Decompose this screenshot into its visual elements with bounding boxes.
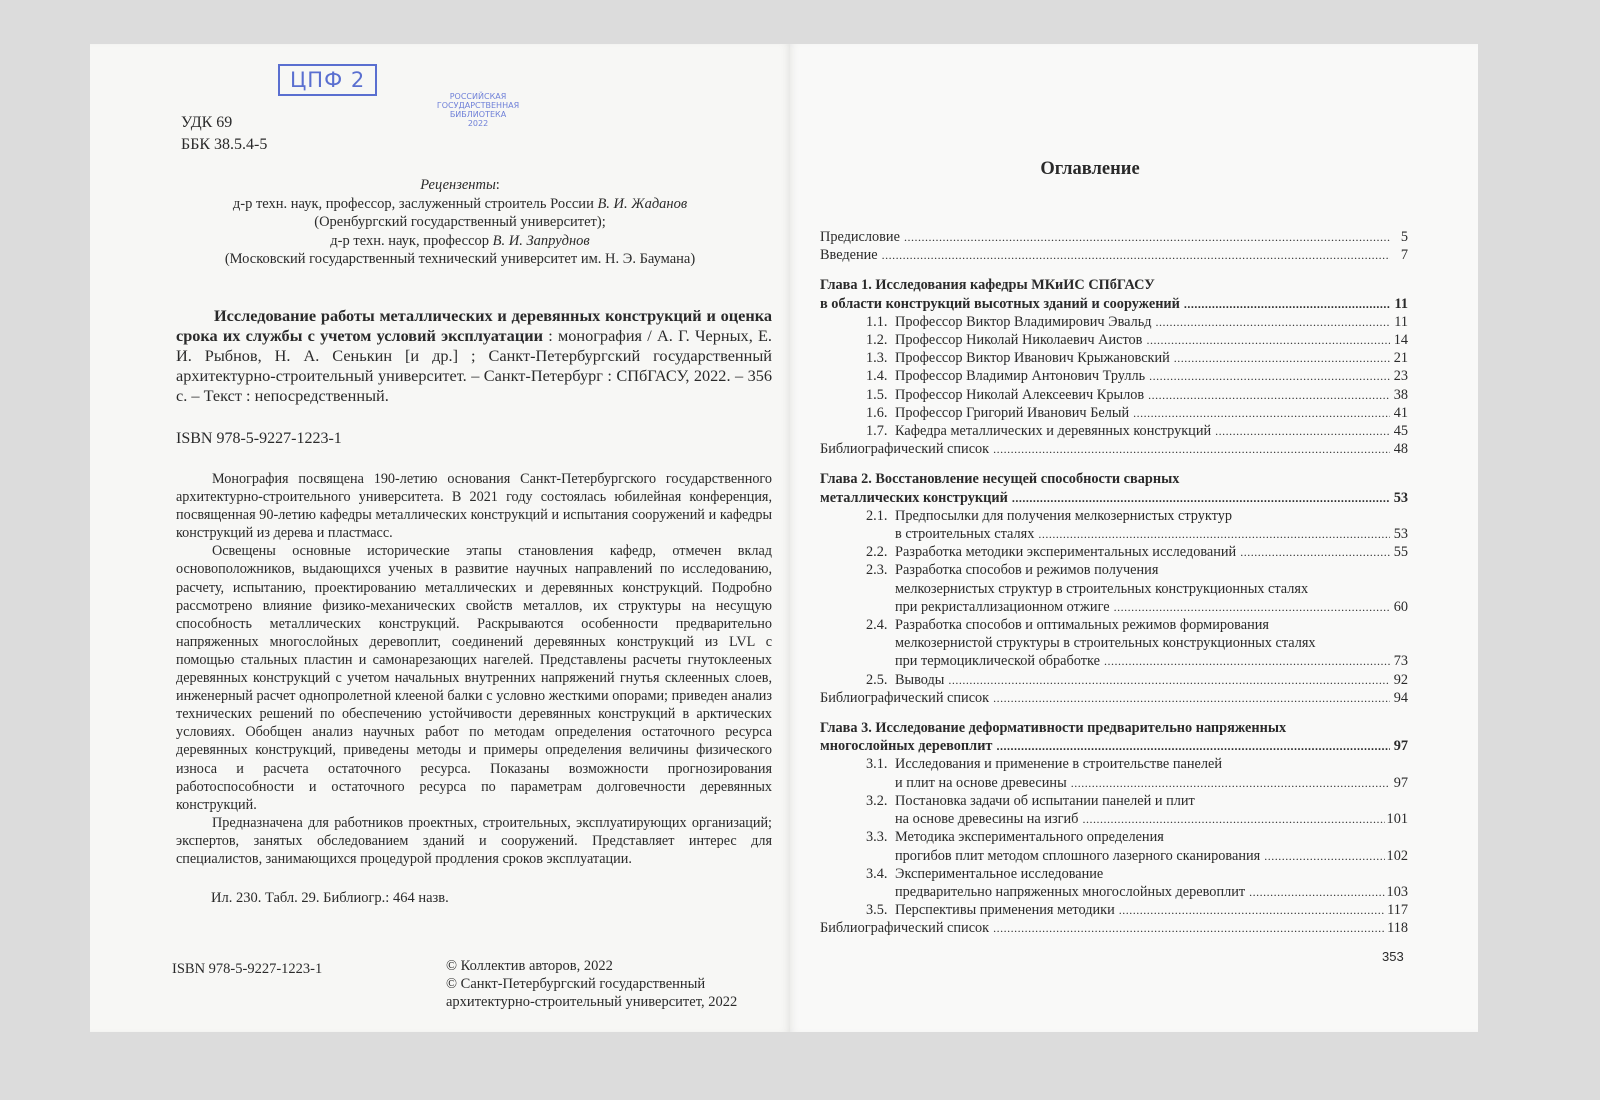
toc-page-number: 92 <box>1392 671 1408 689</box>
bibliographic-record: Исследование работы металлических и дере… <box>176 306 772 406</box>
toc-text: 2.2.Разработка методики экспериментальны… <box>866 543 1236 561</box>
toc-text: Библиографический список <box>820 689 989 707</box>
toc-section-number: 3.2. <box>866 792 895 810</box>
dot-leader <box>1071 774 1390 792</box>
toc-section-number: 3.5. <box>866 901 895 919</box>
page-number: 353 <box>1382 949 1404 964</box>
dot-leader <box>1184 295 1390 313</box>
toc-section-number: 3.1. <box>866 755 895 773</box>
toc-page-number: 103 <box>1387 883 1408 901</box>
dot-leader <box>904 228 1390 246</box>
toc-text: и плит на основе древесины <box>866 774 1067 792</box>
toc-label: при рекристаллизационном отжиге <box>895 599 1110 615</box>
toc-page-number: 11 <box>1392 313 1408 331</box>
dot-leader <box>1119 901 1385 919</box>
toc-text: Введение <box>820 246 878 264</box>
toc-subsection-entry[interactable]: 1.3.Профессор Виктор Иванович Крыжановск… <box>820 349 1408 367</box>
toc-text: 1.7.Кафедра металлических и деревянных к… <box>866 422 1211 440</box>
toc-subsection-entry[interactable]: 1.6.Профессор Григорий Иванович Белый41 <box>820 404 1408 422</box>
toc-section-number: 1.2. <box>866 331 895 349</box>
right-page: Оглавление Предисловие5Введение7Глава 1.… <box>790 44 1478 1032</box>
dot-leader <box>1264 847 1384 865</box>
toc-label: в строительных сталях <box>895 526 1034 542</box>
toc-text: Предпосылки для получения мелкозернистых… <box>895 507 1232 525</box>
toc-page-number: 41 <box>1392 404 1408 422</box>
toc-entry[interactable]: Библиографический список118 <box>820 919 1408 937</box>
toc-section-number: 3.4. <box>866 865 895 883</box>
toc-subsection-line: 3.4.Экспериментальное исследование <box>820 865 1408 883</box>
toc-label: Профессор Виктор Владимирович Эвальд <box>895 314 1152 330</box>
toc-subsection-entry[interactable]: предварительно напряженных многослойных … <box>820 883 1408 901</box>
reviewer-1-name: В. И. Жаданов <box>597 196 687 212</box>
toc-chapter-heading: Глава 2. Восстановление несущей способно… <box>820 470 1408 488</box>
toc-text: Постановка задачи об испытании панелей и… <box>895 792 1195 810</box>
toc-text: Разработка способов и оптимальных режимо… <box>895 616 1269 634</box>
toc-label: прогибов плит методом сплошного лазерног… <box>895 848 1260 864</box>
toc-subsection-entry[interactable]: 3.5.Перспективы применения методики117 <box>820 901 1408 919</box>
toc-page-number: 117 <box>1387 901 1408 919</box>
toc-entry[interactable]: Введение7 <box>820 246 1408 264</box>
toc-subsection-entry[interactable]: 2.5.Выводы92 <box>820 671 1408 689</box>
dot-leader <box>993 689 1390 707</box>
toc-label: на основе древесины на изгиб <box>895 811 1078 827</box>
table-of-contents: Предисловие5Введение7Глава 1. Исследован… <box>820 228 1408 938</box>
toc-text: Библиографический список <box>820 440 989 458</box>
toc-title: Оглавление <box>790 159 1390 180</box>
dot-leader <box>1149 367 1390 385</box>
toc-page-number: 7 <box>1392 246 1408 264</box>
dot-leader <box>1156 313 1390 331</box>
toc-text: в области конструкций высотных зданий и … <box>820 295 1180 313</box>
udk-code: УДК 69 <box>181 112 267 134</box>
toc-chapter-heading: Глава 1. Исследования кафедры МКиИС СПбГ… <box>820 276 1408 294</box>
toc-label: Профессор Николай Николаевич Аистов <box>895 332 1142 348</box>
toc-subsection-line: 2.4.Разработка способов и оптимальных ре… <box>820 616 1408 634</box>
toc-subsection-line: 3.1.Исследования и применение в строител… <box>820 755 1408 773</box>
toc-gap <box>820 707 1408 719</box>
toc-text: мелкозернистой структуры в строительных … <box>866 634 1316 652</box>
reviewer-2-name: В. И. Запруднов <box>493 233 590 249</box>
toc-section-number: 2.1. <box>866 507 895 525</box>
toc-page-number: 118 <box>1387 919 1408 937</box>
dot-leader <box>1249 883 1384 901</box>
toc-subsection-entry[interactable]: в строительных сталях53 <box>820 525 1408 543</box>
toc-text: 1.1.Профессор Виктор Владимирович Эвальд <box>866 313 1152 331</box>
toc-label: и плит на основе древесины <box>895 775 1067 791</box>
dot-leader <box>993 919 1385 937</box>
toc-page-number: 102 <box>1387 847 1408 865</box>
toc-section-number: 2.4. <box>866 616 895 634</box>
toc-gap <box>820 264 1408 276</box>
copyright-block: © Коллектив авторов, 2022 © Санкт-Петерб… <box>446 957 737 1011</box>
isbn-top: ISBN 978-5-9227-1223-1 <box>176 430 342 448</box>
toc-page-number: 97 <box>1392 774 1408 792</box>
toc-subsection-entry[interactable]: 1.7.Кафедра металлических и деревянных к… <box>820 422 1408 440</box>
dot-leader <box>1012 489 1390 507</box>
toc-subsection-line: мелкозернистой структуры в строительных … <box>820 634 1408 652</box>
toc-page-number: 11 <box>1392 295 1408 313</box>
toc-page-number: 101 <box>1387 810 1408 828</box>
toc-text: мелкозернистых структур в строительных к… <box>866 580 1308 598</box>
toc-label: Разработка методики экспериментальных ис… <box>895 544 1236 560</box>
toc-page-number: 38 <box>1392 386 1408 404</box>
abstract-paragraph: Предназначена для работников проектных, … <box>176 814 772 868</box>
dot-leader <box>1114 598 1390 616</box>
toc-subsection-line: мелкозернистых структур в строительных к… <box>820 580 1408 598</box>
dot-leader <box>1104 652 1390 670</box>
toc-subsection-entry[interactable]: на основе древесины на изгиб101 <box>820 810 1408 828</box>
toc-page-number: 73 <box>1392 652 1408 670</box>
toc-page-number: 14 <box>1392 331 1408 349</box>
toc-subsection-entry[interactable]: 1.5.Профессор Николай Алексеевич Крылов3… <box>820 386 1408 404</box>
toc-page-number: 97 <box>1392 737 1408 755</box>
toc-text: 1.5.Профессор Николай Алексеевич Крылов <box>866 386 1144 404</box>
toc-section-number: 3.3. <box>866 828 895 846</box>
toc-subsection-entry[interactable]: 1.2.Профессор Николай Николаевич Аистов1… <box>820 331 1408 349</box>
toc-page-number: 48 <box>1392 440 1408 458</box>
toc-page-number: 94 <box>1392 689 1408 707</box>
toc-text: при рекристаллизационном отжиге <box>866 598 1110 616</box>
isbn-bottom: ISBN 978-5-9227-1223-1 <box>172 961 322 978</box>
reviewers-block: Рецензенты: д-р техн. наук, профессор, з… <box>180 176 740 269</box>
toc-section-number: 1.7. <box>866 422 895 440</box>
dot-leader <box>1133 404 1390 422</box>
toc-section-number: 1.5. <box>866 386 895 404</box>
toc-subsection-entry[interactable]: прогибов плит методом сплошного лазерног… <box>820 847 1408 865</box>
toc-subsection-entry[interactable]: 1.1.Профессор Виктор Владимирович Эвальд… <box>820 313 1408 331</box>
toc-page-number: 21 <box>1392 349 1408 367</box>
toc-label: Профессор Владимир Антонович Трулль <box>895 368 1145 384</box>
dot-leader <box>948 671 1390 689</box>
toc-label: Перспективы применения методики <box>895 902 1115 918</box>
left-page: ЦПФ 2 РОССИЙСКАЯ ГОСУДАРСТВЕННАЯ БИБЛИОТ… <box>90 44 790 1032</box>
toc-text: Методика экспериментального определения <box>895 828 1164 846</box>
toc-text: при термоциклической обработке <box>866 652 1100 670</box>
toc-text: Предисловие <box>820 228 900 246</box>
toc-text: предварительно напряженных многослойных … <box>866 883 1245 901</box>
toc-entry[interactable]: Библиографический список48 <box>820 440 1408 458</box>
toc-chapter-entry[interactable]: в области конструкций высотных зданий и … <box>820 295 1408 313</box>
toc-page-number: 53 <box>1392 489 1408 507</box>
toc-subsection-entry[interactable]: и плит на основе древесины97 <box>820 774 1408 792</box>
dot-leader <box>996 737 1390 755</box>
toc-text: 1.3.Профессор Виктор Иванович Крыжановск… <box>866 349 1170 367</box>
dot-leader <box>1240 543 1390 561</box>
toc-chapter-entry[interactable]: металлических конструкций53 <box>820 489 1408 507</box>
toc-text: Библиографический список <box>820 919 989 937</box>
toc-text: 1.6.Профессор Григорий Иванович Белый <box>866 404 1129 422</box>
toc-section-number: 1.6. <box>866 404 895 422</box>
toc-label: Кафедра металлических и деревянных конст… <box>895 423 1211 439</box>
toc-text: на основе древесины на изгиб <box>866 810 1078 828</box>
toc-entry[interactable]: Библиографический список94 <box>820 689 1408 707</box>
toc-gap <box>820 458 1408 470</box>
toc-text: прогибов плит методом сплошного лазерног… <box>866 847 1260 865</box>
toc-section-number: 2.3. <box>866 561 895 579</box>
toc-label: Профессор Григорий Иванович Белый <box>895 405 1129 421</box>
toc-page-number: 23 <box>1392 367 1408 385</box>
dot-leader <box>1215 422 1390 440</box>
toc-text: Разработка способов и режимов получения <box>895 561 1158 579</box>
toc-text: металлических конструкций <box>820 489 1008 507</box>
dot-leader <box>1174 349 1390 367</box>
toc-page-number: 53 <box>1392 525 1408 543</box>
abstract-paragraph: Монография посвящена 190-летию основания… <box>176 470 772 542</box>
toc-subsection-entry[interactable]: при термоциклической обработке73 <box>820 652 1408 670</box>
toc-subsection-entry[interactable]: 1.4.Профессор Владимир Антонович Трулль2… <box>820 367 1408 385</box>
toc-page-number: 45 <box>1392 422 1408 440</box>
dot-leader <box>1082 810 1384 828</box>
dot-leader <box>1146 331 1390 349</box>
dot-leader <box>1038 525 1390 543</box>
toc-page-number: 60 <box>1392 598 1408 616</box>
abstract: Монография посвящена 190-летию основания… <box>176 470 772 868</box>
toc-text: 1.4.Профессор Владимир Антонович Трулль <box>866 367 1145 385</box>
toc-text: 2.5.Выводы <box>866 671 944 689</box>
classification-codes: УДК 69 ББК 38.5.4-5 <box>181 112 267 156</box>
toc-page-number: 5 <box>1392 228 1408 246</box>
toc-text: в строительных сталях <box>866 525 1034 543</box>
toc-label: Профессор Виктор Иванович Крыжановский <box>895 350 1170 366</box>
library-stamp: РОССИЙСКАЯ ГОСУДАРСТВЕННАЯ БИБЛИОТЕКА 20… <box>418 92 538 128</box>
toc-text: многослойных деревоплит <box>820 737 992 755</box>
bbk-code: ББК 38.5.4-5 <box>181 134 267 156</box>
cpf-stamp: ЦПФ 2 <box>278 64 377 96</box>
toc-chapter-heading: Глава 3. Исследование деформативности пр… <box>820 719 1408 737</box>
toc-text: 1.2.Профессор Николай Николаевич Аистов <box>866 331 1142 349</box>
toc-section-number: 1.1. <box>866 313 895 331</box>
toc-subsection-entry[interactable]: 2.2.Разработка методики экспериментальны… <box>820 543 1408 561</box>
toc-label: предварительно напряженных многослойных … <box>895 884 1245 900</box>
dot-leader <box>882 246 1390 264</box>
toc-label: Выводы <box>895 672 944 688</box>
toc-text: 3.5.Перспективы применения методики <box>866 901 1115 919</box>
toc-section-number: 2.2. <box>866 543 895 561</box>
dot-leader <box>993 440 1390 458</box>
toc-subsection-entry[interactable]: при рекристаллизационном отжиге60 <box>820 598 1408 616</box>
toc-text: Исследования и применение в строительств… <box>895 755 1222 773</box>
toc-subsection-line: 3.3.Методика экспериментального определе… <box>820 828 1408 846</box>
toc-section-number: 1.4. <box>866 367 895 385</box>
toc-label: при термоциклической обработке <box>895 653 1100 669</box>
illustrations-count: Ил. 230. Табл. 29. Библиогр.: 464 назв. <box>211 890 449 907</box>
reviewers-heading: Рецензенты <box>420 177 496 193</box>
toc-subsection-line: 2.1.Предпосылки для получения мелкозерни… <box>820 507 1408 525</box>
toc-subsection-line: 3.2.Постановка задачи об испытании панел… <box>820 792 1408 810</box>
abstract-paragraph: Освещены основные исторические этапы ста… <box>176 542 772 813</box>
toc-entry[interactable]: Предисловие5 <box>820 228 1408 246</box>
toc-section-number: 2.5. <box>866 671 895 689</box>
toc-page-number: 55 <box>1392 543 1408 561</box>
toc-label: Профессор Николай Алексеевич Крылов <box>895 387 1144 403</box>
toc-section-number: 1.3. <box>866 349 895 367</box>
dot-leader <box>1148 386 1390 404</box>
toc-chapter-entry[interactable]: многослойных деревоплит97 <box>820 737 1408 755</box>
toc-subsection-line: 2.3.Разработка способов и режимов получе… <box>820 561 1408 579</box>
toc-text: Экспериментальное исследование <box>895 865 1103 883</box>
